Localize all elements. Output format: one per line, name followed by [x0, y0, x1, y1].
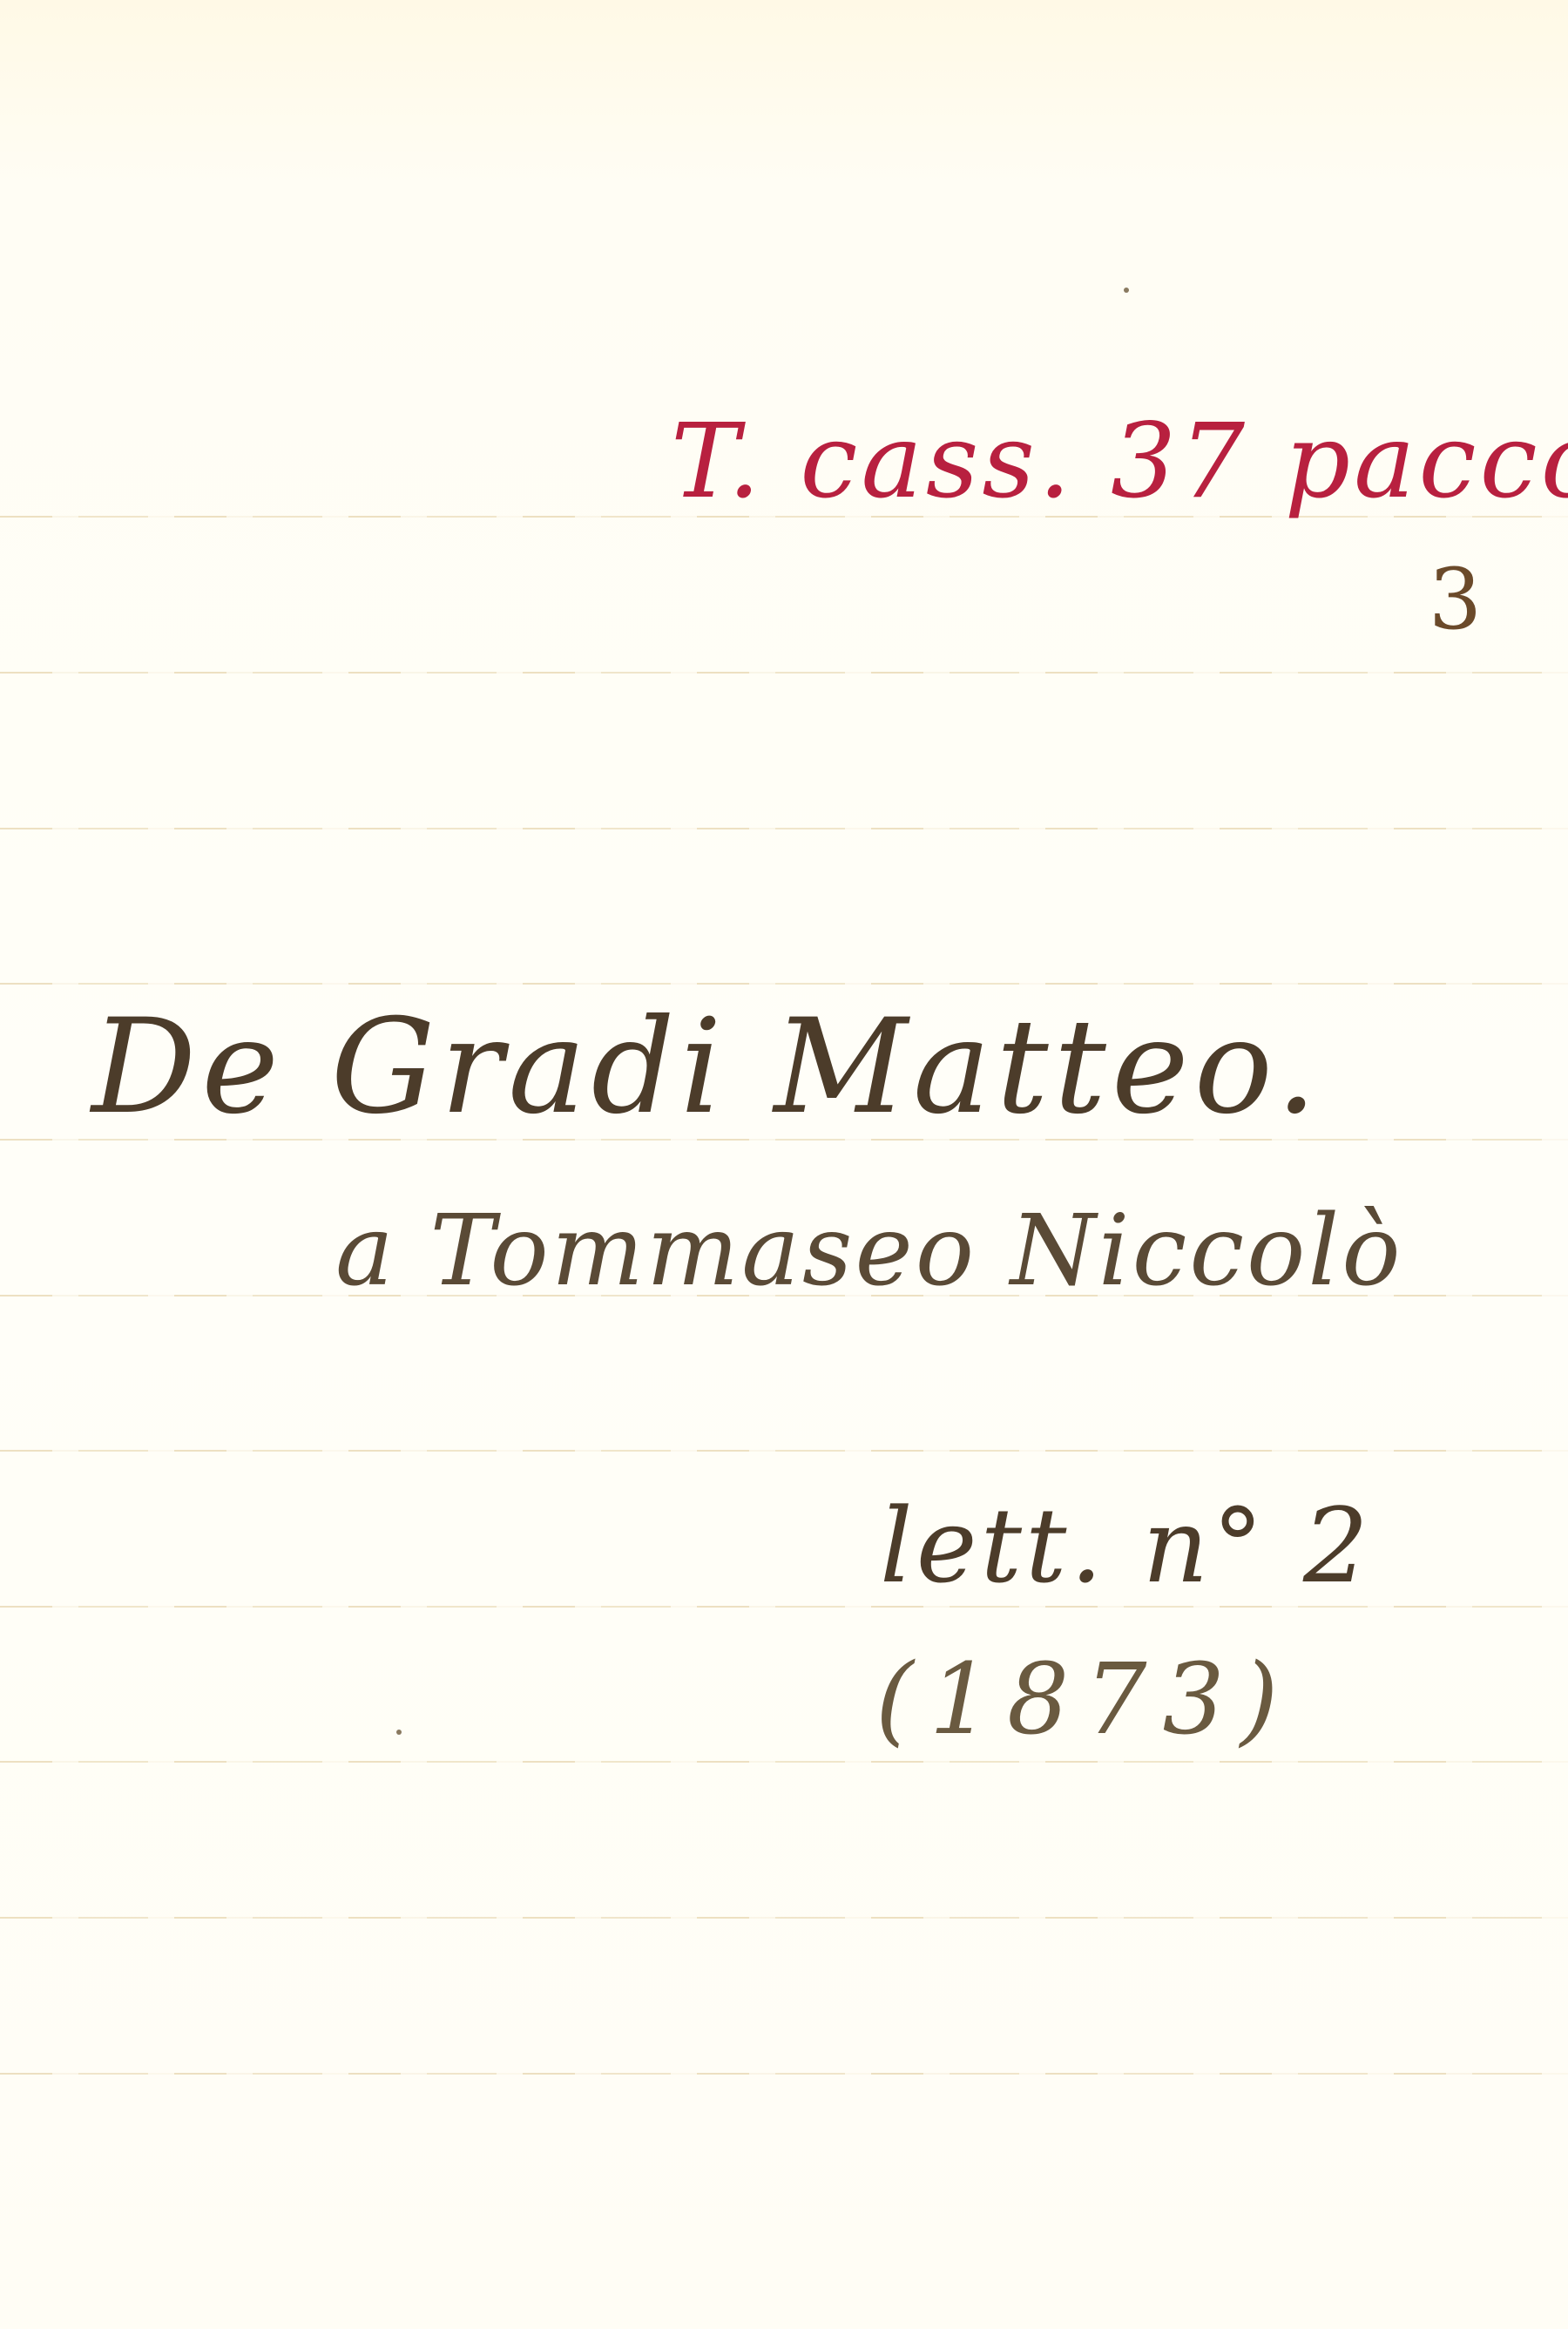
ruled-line [0, 828, 1568, 829]
author-name: De Gradi Matteo. [91, 1002, 1322, 1133]
letter-count: lett. n° 2 [880, 1494, 1372, 1597]
index-card: T. cass. 37 pacco 88. 3 De Gradi Matteo.… [0, 0, 1568, 2329]
ruled-line [0, 983, 1568, 985]
ruled-line [0, 672, 1568, 674]
ink-speck [1124, 288, 1129, 293]
ruled-line [0, 1606, 1568, 1608]
ruled-line [0, 1917, 1568, 1919]
ruled-line [0, 1761, 1568, 1763]
recipient-name: a Tommaseo Niccolò [335, 1202, 1403, 1300]
ruled-line [0, 1450, 1568, 1452]
shelfmark: T. cass. 37 pacco 88. [671, 410, 1568, 512]
shelfmark-sub-number: 3 [1429, 558, 1482, 641]
ruled-line [0, 2073, 1568, 2075]
letter-year: (1873) [875, 1651, 1294, 1749]
ink-speck [396, 1730, 402, 1735]
